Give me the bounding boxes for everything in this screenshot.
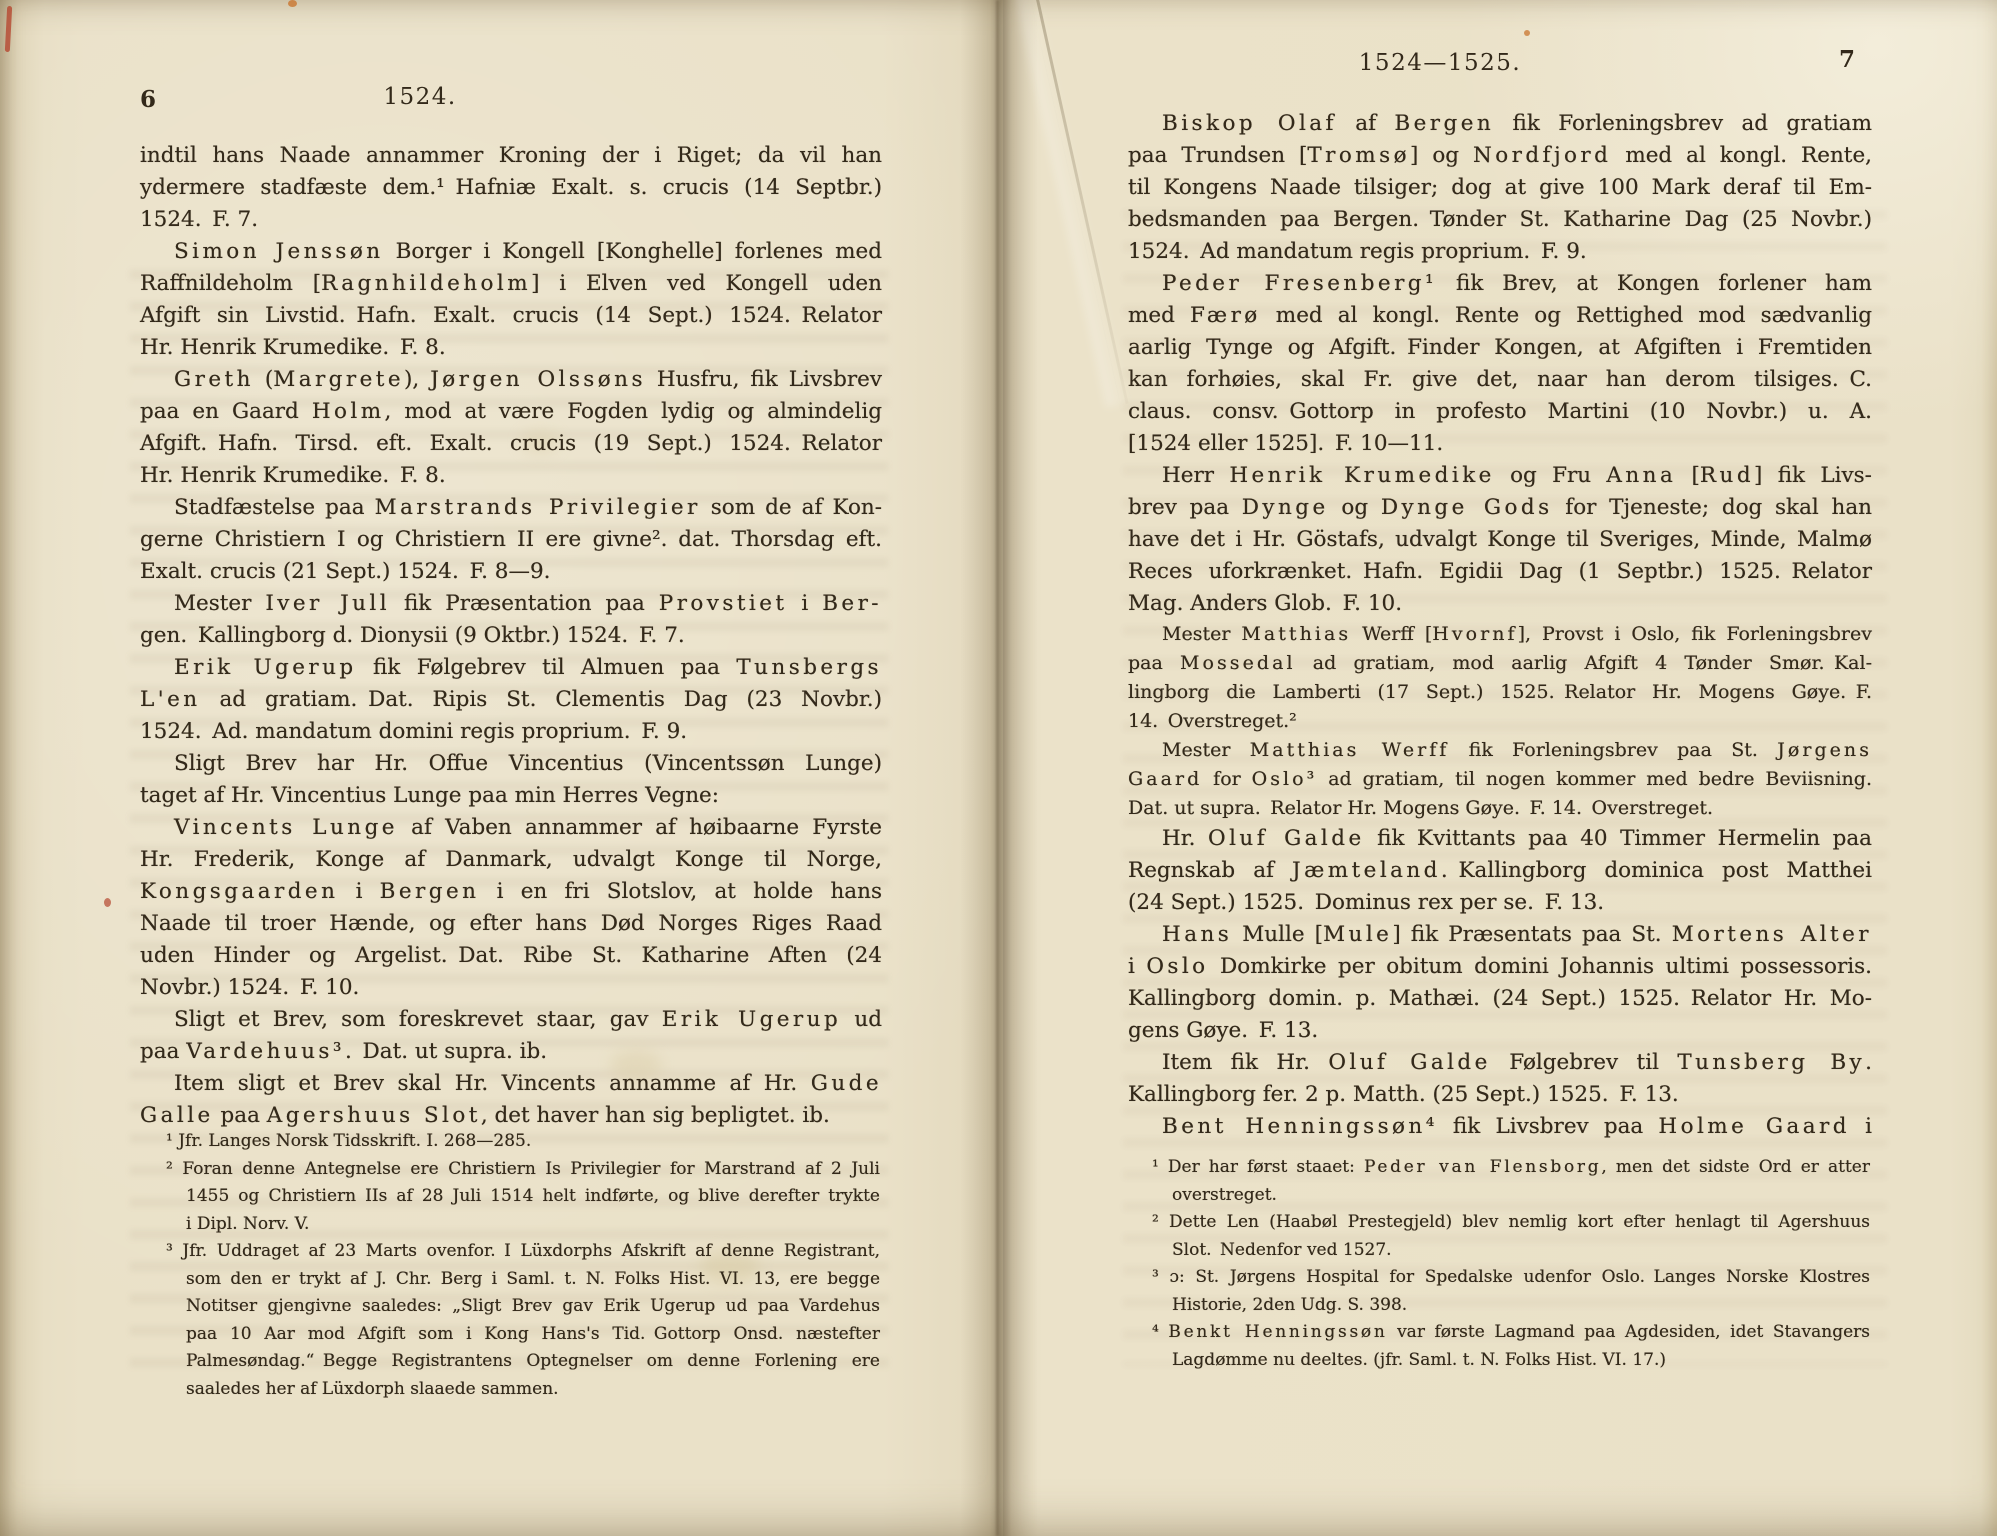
paragraph: Greth (Margrete), Jørgen Olssøns Husfru,… — [140, 364, 882, 492]
text-line: Vincents Lunge af Vaben annammer af høib… — [140, 812, 882, 844]
text-segment: af — [1337, 111, 1394, 136]
text-segment: Mule — [1323, 922, 1392, 947]
text-segment: paa — [214, 1103, 267, 1128]
text-segment: Peder Fresenberg¹ — [1162, 271, 1437, 296]
text-segment: Borger i Kongell [Konghelle] forlenes me… — [384, 239, 882, 264]
text-line: Regnskab af Jæmteland. Kallingborg domin… — [1128, 855, 1872, 887]
text-segment: Oslo — [1146, 954, 1208, 979]
text-segment: have det i Hr. Göstafs, udvalgt Konge ti… — [1128, 527, 1872, 552]
text-segment: Bent Henningssøn⁴ — [1162, 1114, 1438, 1139]
text-line: indtil hans Naade annammer Kroning der i… — [140, 140, 882, 172]
paragraph: Erik Ugerup fik Følgebrev til Almuen paa… — [140, 652, 882, 748]
text-segment: med al kongl. Rente og Rettighed mod sæd… — [1261, 303, 1872, 328]
text-segment: Notitser gjengivne saaledes: „Sligt Brev… — [186, 1296, 880, 1316]
text-segment: Gaard — [1128, 768, 1202, 790]
text-segment: Exalt. crucis (21 Sept.) 1524. F. 8—9. — [140, 559, 551, 584]
text-segment: fik Livsbrev paa — [1438, 1114, 1659, 1139]
text-segment: Hans — [1162, 922, 1232, 947]
text-segment: som den er trykt af J. Chr. Berg i Saml.… — [186, 1269, 880, 1289]
text-line: ² Foran denne Antegnelse ere Christiern … — [166, 1156, 880, 1184]
text-segment: Bergen — [380, 879, 480, 904]
text-segment: Stadfæstelse paa — [174, 495, 375, 520]
text-segment: bedsmanden paa Bergen. Tønder St. Kathar… — [1128, 207, 1872, 232]
text-line: Peder Fresenberg¹ fik Brev, at Kongen fo… — [1128, 268, 1872, 300]
footnote: ¹ Jfr. Langes Norsk Tidsskrift. I. 268—2… — [166, 1128, 880, 1156]
text-segment: 1455 og Christiern IIs af 28 Juli 1514 h… — [186, 1186, 880, 1206]
text-segment: 1524. F. 7. — [140, 207, 258, 232]
text-line: (24 Sept.) 1525. Dominus rex per se. F. … — [1128, 887, 1872, 919]
book-scan: 6 1524. indtil hans Naade annammer Kroni… — [0, 0, 1997, 1536]
text-segment: og — [1329, 495, 1381, 520]
text-segment: ¹ Der har først staaet: — [1152, 1157, 1364, 1177]
text-segment: ), — [404, 367, 430, 392]
text-segment: Dynge — [1242, 495, 1329, 520]
text-segment: [1524 eller 1525]. F. 10—11. — [1128, 431, 1443, 456]
text-segment: gens Gøye. F. 13. — [1128, 1018, 1318, 1043]
paragraph: Hans Mulle [Mule] fik Præsentats paa St.… — [1128, 919, 1872, 1047]
text-line: Novbr.) 1524. F. 10. — [140, 972, 882, 1004]
text-segment: ], Provst i Oslo, fik Forleningsbrev — [1518, 623, 1872, 645]
text-line: Notitser gjengivne saaledes: „Sligt Brev… — [166, 1293, 880, 1321]
text-segment: Oluf Galde — [1208, 826, 1365, 851]
text-line: 1524. Ad. mandatum domini regis proprium… — [140, 716, 882, 748]
text-segment: for Tjeneste; dog skal han — [1553, 495, 1872, 520]
text-segment: . Kallingborg dominica post Matthei — [1441, 858, 1872, 883]
text-segment: Vardehuus³ — [186, 1039, 345, 1064]
text-segment: Benkt Henningssøn — [1168, 1322, 1387, 1342]
text-segment: ⁴ — [1152, 1322, 1168, 1342]
text-segment: Mester — [1162, 623, 1241, 645]
text-segment: aarlig Tynge og Afgift. Finder Kongen, a… — [1128, 335, 1872, 360]
text-segment: Lagdømme nu deeltes. (jfr. Saml. t. N. F… — [1172, 1350, 1666, 1370]
text-line: i Oslo Domkirke per obitum domini Johann… — [1128, 951, 1872, 983]
text-line: Mag. Anders Glob. F. 10. — [1128, 588, 1872, 620]
text-segment: Oluf Galde — [1328, 1050, 1490, 1075]
text-segment: paa Trundsen [ — [1128, 143, 1307, 168]
text-segment: Greth — [174, 367, 254, 392]
text-line: uden Hinder og Argelist. Dat. Ribe St. K… — [140, 940, 882, 972]
text-segment: Sligt Brev har Hr. Offue Vincentius (Vin… — [174, 751, 882, 776]
text-segment: Rud — [1700, 463, 1754, 488]
text-line: Exalt. crucis (21 Sept.) 1524. F. 8—9. — [140, 556, 882, 588]
text-segment: Hr. Henrik Krumedike. F. 8. — [140, 463, 446, 488]
text-line: paa 10 Aar mod Afgift som i Kong Hans's … — [166, 1321, 880, 1349]
text-column-right: Biskop Olaf af Bergen fik Forleningsbrev… — [1128, 108, 1872, 1143]
text-segment: Werff [ — [1351, 623, 1432, 645]
text-line: Erik Ugerup fik Følgebrev til Almuen paa… — [140, 652, 882, 684]
text-segment: 1524. Ad. mandatum domini regis proprium… — [140, 719, 687, 744]
text-line: Kallingborg fer. 2 p. Matth. (25 Sept.) … — [1128, 1079, 1872, 1111]
text-segment: i — [1850, 1114, 1872, 1139]
text-line: Naade til troer Hænde, og efter hans Død… — [140, 908, 882, 940]
right-page: 7 1524—1525. Biskop Olaf af Bergen fik F… — [1003, 0, 1997, 1536]
text-segment: Item sligt et Brev skal Hr. Vincents ann… — [174, 1071, 811, 1096]
paragraph: Vincents Lunge af Vaben annammer af høib… — [140, 812, 882, 1004]
text-segment: Afgift. Hafn. Tirsd. eft. Exalt. crucis … — [140, 431, 882, 456]
text-line: Hans Mulle [Mule] fik Præsentats paa St.… — [1128, 919, 1872, 951]
text-segment: taget af Hr. Vincentius Lunge paa min He… — [140, 783, 719, 808]
text-segment: Historie, 2den Udg. S. 398. — [1172, 1295, 1407, 1315]
text-segment: i en fri Slotslov, at holde hans — [479, 879, 882, 904]
text-segment: i — [1128, 954, 1146, 979]
text-line: overstreget. — [1152, 1182, 1870, 1210]
text-segment: . Dat. ut supra. ib. — [345, 1039, 547, 1064]
text-segment: Raffnildeholm [ — [140, 271, 321, 296]
text-line: Kallingborg domin. p. Mathæi. (24 Sept.)… — [1128, 983, 1872, 1015]
text-segment: ³ Jfr. Uddraget af 23 Marts ovenfor. I L… — [166, 1241, 880, 1261]
text-segment: Slot. Nedenfor ved 1527. — [1172, 1240, 1392, 1260]
text-segment: og Fru — [1495, 463, 1607, 488]
page-number-left: 6 — [140, 86, 157, 113]
paragraph: Item fik Hr. Oluf Galde Følgebrev til Tu… — [1128, 1047, 1872, 1111]
text-segment: Peder van Flensborg — [1364, 1157, 1601, 1177]
footnote: ² Dette Len (Haabøl Prestegjeld) blev ne… — [1152, 1209, 1870, 1264]
text-line: Gaard for Oslo³ ad gratiam, til nogen ko… — [1128, 765, 1872, 794]
text-line: ³ ɔ: St. Jørgens Hospital for Spedalske … — [1152, 1264, 1870, 1292]
text-segment: Mortens Alter — [1672, 922, 1872, 947]
text-line: paa Trundsen [Tromsø] og Nordfjord med a… — [1128, 140, 1872, 172]
text-segment: [ — [1676, 463, 1700, 488]
text-segment: i — [788, 591, 823, 616]
footnote: ³ Jfr. Uddraget af 23 Marts ovenfor. I L… — [166, 1238, 880, 1403]
text-segment: gen. Kallingborg d. Dionysii (9 Oktbr.) … — [140, 623, 685, 648]
text-line: paa Mossedal ad gratiam, mod aarlig Afgi… — [1128, 649, 1872, 678]
text-segment: Tunsbergs — [736, 655, 882, 680]
text-line: Dat. ut supra. Relator Hr. Mogens Gøye. … — [1128, 794, 1872, 823]
text-segment: Erik Ugerup — [174, 655, 357, 680]
text-segment: Jørgen Olssøns — [430, 367, 646, 392]
text-segment: Følgebrev til — [1491, 1050, 1678, 1075]
text-segment: Jæmteland — [1292, 858, 1441, 883]
paragraph: Hr. Oluf Galde fik Kvittants paa 40 Timm… — [1128, 823, 1872, 919]
paragraph: Stadfæstelse paa Marstrands Privilegier … — [140, 492, 882, 588]
text-segment: med al kongl. Rente, — [1611, 143, 1872, 168]
text-line: 14. Overstreget.² — [1128, 707, 1872, 736]
text-segment: Dat. ut supra. Relator Hr. Mogens Gøye. … — [1128, 797, 1713, 819]
text-line: ² Dette Len (Haabøl Prestegjeld) blev ne… — [1152, 1209, 1870, 1237]
text-segment: , mod at være Fogden lydig og almindelig — [385, 399, 882, 424]
text-segment: Holm — [312, 399, 385, 424]
text-segment: ¹ Jfr. Langes Norsk Tidsskrift. I. 268—2… — [166, 1131, 531, 1151]
text-segment: Vincents Lunge — [174, 815, 398, 840]
text-line: Mester Matthias Werff [Hvornf], Provst i… — [1128, 620, 1872, 649]
text-segment: lingborg die Lamberti (17 Sept.) 1525. R… — [1128, 681, 1872, 703]
text-segment: Afgift sin Livstid. Hafn. Exalt. crucis … — [140, 303, 882, 328]
text-line: Raffnildeholm [Ragnhildeholm] i Elven ve… — [140, 268, 882, 300]
text-segment: paa 10 Aar mod Afgift som i Kong Hans's … — [186, 1324, 880, 1344]
text-line: paa en Gaard Holm, mod at være Fogden ly… — [140, 396, 882, 428]
text-segment: ( — [254, 367, 273, 392]
text-segment: Iver Jull — [265, 591, 390, 616]
text-segment: ] i Elven ved Kongell uden — [531, 271, 882, 296]
text-line: paa Vardehuus³. Dat. ut supra. ib. — [140, 1036, 882, 1068]
text-line: Item sligt et Brev skal Hr. Vincents ann… — [140, 1068, 882, 1100]
text-segment: ud — [841, 1007, 882, 1032]
text-segment: (24 Sept.) 1525. Dominus rex per se. F. … — [1128, 890, 1604, 915]
text-segment: med — [1128, 303, 1190, 328]
running-head-right: 1524—1525. — [1330, 50, 1550, 76]
text-segment: Sligt et Brev, som foreskrevet staar, ga… — [174, 1007, 662, 1032]
text-line: Sligt Brev har Hr. Offue Vincentius (Vin… — [140, 748, 882, 780]
paragraph: Item sligt et Brev skal Hr. Vincents ann… — [140, 1068, 882, 1132]
text-segment: saaledes her af Lüxdorph slaaede sammen. — [186, 1379, 559, 1399]
text-segment: Galle — [140, 1103, 214, 1128]
text-segment: Domkirke per obitum domini Johannis ulti… — [1209, 954, 1872, 979]
text-segment: Kallingborg fer. 2 p. Matth. (25 Sept.) … — [1128, 1082, 1679, 1107]
paragraph: Mester Matthias Werff fik Forleningsbrev… — [1128, 736, 1872, 823]
text-line: Historie, 2den Udg. S. 398. — [1152, 1292, 1870, 1320]
text-segment: . — [1865, 1050, 1872, 1075]
text-segment: Margrete — [273, 367, 404, 392]
text-segment: ² Dette Len (Haabøl Prestegjeld) blev ne… — [1152, 1212, 1870, 1232]
page-number-right: 7 — [1839, 46, 1856, 73]
text-segment: Dynge Gods — [1381, 495, 1553, 520]
text-segment: Reces uforkrænket. Hafn. Egidii Dag (1 S… — [1128, 559, 1872, 584]
text-line: Hr. Henrik Krumedike. F. 8. — [140, 460, 882, 492]
text-line: saaledes her af Lüxdorph slaaede sammen. — [166, 1376, 880, 1404]
text-segment: fik Forleningsbrev ad gratiam — [1494, 111, 1872, 136]
text-segment: kan forhøies, skal Fr. give det, naar ha… — [1128, 367, 1872, 392]
text-line: Hr. Henrik Krumedike. F. 8. — [140, 332, 882, 364]
text-segment: Jørgens — [1777, 739, 1872, 761]
text-segment: , men det sidste Ord er atter — [1601, 1157, 1870, 1177]
text-segment: overstreget. — [1172, 1185, 1277, 1205]
text-segment: Husfru, fik Livsbrev — [646, 367, 882, 392]
text-segment: var første Lagmand paa Agdesiden, idet S… — [1388, 1322, 1871, 1342]
text-segment: ] og — [1410, 143, 1473, 168]
text-line: Kongsgaarden i Bergen i en fri Slotslov,… — [140, 876, 882, 908]
text-segment: gerne Christiern I og Christiern II ere … — [140, 527, 882, 552]
footnote: ³ ɔ: St. Jørgens Hospital for Spedalske … — [1152, 1264, 1870, 1319]
text-line: bedsmanden paa Bergen. Tønder St. Kathar… — [1128, 204, 1872, 236]
text-line: ¹ Jfr. Langes Norsk Tidsskrift. I. 268—2… — [166, 1128, 880, 1156]
text-line: ⁴ Benkt Henningssøn var første Lagmand p… — [1152, 1319, 1870, 1347]
text-line: gerne Christiern I og Christiern II ere … — [140, 524, 882, 556]
text-segment: ad gratiam. Dat. Ripis St. Clementis Dag… — [201, 687, 882, 712]
text-segment: Agershuus Slot — [267, 1103, 481, 1128]
footnote: ² Foran denne Antegnelse ere Christiern … — [166, 1156, 880, 1239]
text-segment: Mulle [ — [1232, 922, 1323, 947]
text-segment: Anna — [1606, 463, 1676, 488]
footnotes-left: ¹ Jfr. Langes Norsk Tidsskrift. I. 268—2… — [166, 1128, 880, 1403]
paragraph: Bent Henningssøn⁴ fik Livsbrev paa Holme… — [1128, 1111, 1872, 1143]
text-segment: paa en Gaard — [140, 399, 312, 424]
text-line: ¹ Der har først staaet: Peder van Flensb… — [1152, 1154, 1870, 1182]
text-segment: Kongsgaarden — [140, 879, 338, 904]
text-segment: Holme Gaard — [1658, 1114, 1850, 1139]
text-segment: Tromsø — [1307, 143, 1410, 168]
text-segment: ² Foran denne Antegnelse ere Christiern … — [166, 1159, 880, 1179]
text-segment: L'en — [140, 687, 201, 712]
text-segment: ] fik Præsentats paa St. — [1392, 922, 1671, 947]
text-line: 1524. F. 7. — [140, 204, 882, 236]
text-segment: Mester — [1162, 739, 1250, 761]
text-line: ³ Jfr. Uddraget af 23 Marts ovenfor. I L… — [166, 1238, 880, 1266]
text-segment: 14. Overstreget.² — [1128, 710, 1297, 732]
text-segment: Gude — [811, 1071, 882, 1096]
text-line: kan forhøies, skal Fr. give det, naar ha… — [1128, 364, 1872, 396]
text-line: claus. consv. Gottorp in profesto Martin… — [1128, 396, 1872, 428]
text-segment: Hr. — [1162, 826, 1208, 851]
footnotes-right: ¹ Der har først staaet: Peder van Flensb… — [1152, 1154, 1870, 1374]
text-segment: 1524. Ad mandatum regis proprium. F. 9. — [1128, 239, 1587, 264]
text-line: i Dipl. Norv. V. — [166, 1211, 880, 1239]
text-line: Simon Jenssøn Borger i Kongell [Konghell… — [140, 236, 882, 268]
text-line: Slot. Nedenfor ved 1527. — [1152, 1237, 1870, 1265]
text-segment: til Kongens Naade tilsiger; dog at give … — [1128, 175, 1872, 200]
text-line: Greth (Margrete), Jørgen Olssøns Husfru,… — [140, 364, 882, 396]
text-segment: Item fik Hr. — [1162, 1050, 1328, 1075]
paragraph: Biskop Olaf af Bergen fik Forleningsbrev… — [1128, 108, 1872, 268]
text-line: gen. Kallingborg d. Dionysii (9 Oktbr.) … — [140, 620, 882, 652]
footnote: ⁴ Benkt Henningssøn var første Lagmand p… — [1152, 1319, 1870, 1374]
text-line: Reces uforkrænket. Hafn. Egidii Dag (1 S… — [1128, 556, 1872, 588]
running-head-left: 1524. — [310, 84, 530, 110]
text-segment: i — [338, 879, 379, 904]
text-segment: claus. consv. Gottorp in profesto Martin… — [1128, 399, 1872, 424]
text-line: med Færø med al kongl. Rente og Rettighe… — [1128, 300, 1872, 332]
text-segment: Hr. Henrik Krumedike. F. 8. — [140, 335, 446, 360]
text-line: have det i Hr. Göstafs, udvalgt Konge ti… — [1128, 524, 1872, 556]
text-line: taget af Hr. Vincentius Lunge paa min He… — [140, 780, 882, 812]
paragraph: indtil hans Naade annammer Kroning der i… — [140, 140, 882, 236]
text-line: til Kongens Naade tilsiger; dog at give … — [1128, 172, 1872, 204]
text-segment: Hr. Frederik, Konge af Danmark, udvalgt … — [140, 847, 882, 872]
text-segment: fik Forleningsbrev paa St. — [1449, 739, 1777, 761]
text-segment: Henrik Krumedike — [1229, 463, 1495, 488]
text-segment: Matthias — [1241, 623, 1351, 645]
text-line: L'en ad gratiam. Dat. Ripis St. Clementi… — [140, 684, 882, 716]
text-segment: for — [1202, 768, 1251, 790]
text-segment: Provstiet — [659, 591, 788, 616]
text-segment: ad gratiam, til nogen kommer med bedre B… — [1317, 768, 1872, 790]
text-segment: paa — [140, 1039, 186, 1064]
text-segment: Mag. Anders Glob. F. 10. — [1128, 591, 1402, 616]
text-line: aarlig Tynge og Afgift. Finder Kongen, a… — [1128, 332, 1872, 364]
left-page: 6 1524. indtil hans Naade annammer Kroni… — [0, 0, 1003, 1536]
paragraph: Mester Matthias Werff [Hvornf], Provst i… — [1128, 620, 1872, 736]
text-line: Stadfæstelse paa Marstrands Privilegier … — [140, 492, 882, 524]
text-segment: Palmesøndag.“ Begge Registrantens Optegn… — [186, 1351, 880, 1371]
text-line: lingborg die Lamberti (17 Sept.) 1525. R… — [1128, 678, 1872, 707]
orange-ink-speck — [288, 0, 297, 7]
text-segment: brev paa — [1128, 495, 1242, 520]
footnote: ¹ Der har først staaet: Peder van Flensb… — [1152, 1154, 1870, 1209]
text-line: Hr. Frederik, Konge af Danmark, udvalgt … — [140, 844, 882, 876]
text-segment: ] fik Livs- — [1754, 463, 1872, 488]
red-ink-speck — [104, 898, 111, 907]
paragraph: Peder Fresenberg¹ fik Brev, at Kongen fo… — [1128, 268, 1872, 460]
text-segment: i Dipl. Norv. V. — [186, 1214, 309, 1234]
text-line: Sligt et Brev, som foreskrevet staar, ga… — [140, 1004, 882, 1036]
paragraph: Mester Iver Jull fik Præsentation paa Pr… — [140, 588, 882, 652]
text-segment: ydermere stadfæste dem.¹ Hafniæ Exalt. s… — [140, 175, 882, 200]
text-segment: Regnskab af — [1128, 858, 1292, 883]
text-segment: Færø — [1190, 303, 1261, 328]
text-segment: Tunsberg By — [1677, 1050, 1865, 1075]
text-segment: Matthias Werff — [1250, 739, 1450, 761]
text-line: Afgift sin Livstid. Hafn. Exalt. crucis … — [140, 300, 882, 332]
text-line: Bent Henningssøn⁴ fik Livsbrev paa Holme… — [1128, 1111, 1872, 1143]
text-line: Mester Matthias Werff fik Forleningsbrev… — [1128, 736, 1872, 765]
text-segment: Herr — [1162, 463, 1229, 488]
paragraph: Sligt Brev har Hr. Offue Vincentius (Vin… — [140, 748, 882, 812]
text-segment: Nordfjord — [1473, 143, 1611, 168]
text-line: 1455 og Christiern IIs af 28 Juli 1514 h… — [166, 1183, 880, 1211]
text-line: som den er trykt af J. Chr. Berg i Saml.… — [166, 1266, 880, 1294]
text-segment: Novbr.) 1524. F. 10. — [140, 975, 359, 1000]
text-line: Biskop Olaf af Bergen fik Forleningsbrev… — [1128, 108, 1872, 140]
text-segment: Marstrands Privilegier — [375, 495, 701, 520]
text-column-left: indtil hans Naade annammer Kroning der i… — [140, 140, 882, 1132]
text-line: Palmesøndag.“ Begge Registrantens Optegn… — [166, 1348, 880, 1376]
orange-ink-speck — [1524, 30, 1530, 36]
text-segment: Mossedal — [1180, 652, 1296, 674]
text-segment: som de af Kon- — [701, 495, 882, 520]
text-line: [1524 eller 1525]. F. 10—11. — [1128, 428, 1872, 460]
text-line: Herr Henrik Krumedike og Fru Anna [Rud] … — [1128, 460, 1872, 492]
text-segment: Hvornf — [1432, 623, 1517, 645]
text-line: Lagdømme nu deeltes. (jfr. Saml. t. N. F… — [1152, 1347, 1870, 1375]
text-line: 1524. Ad mandatum regis proprium. F. 9. — [1128, 236, 1872, 268]
text-segment: uden Hinder og Argelist. Dat. Ribe St. K… — [140, 943, 882, 968]
text-line: Afgift. Hafn. Tirsd. eft. Exalt. crucis … — [140, 428, 882, 460]
text-segment: Bergen — [1394, 111, 1494, 136]
text-segment: Ber- — [822, 591, 882, 616]
text-line: brev paa Dynge og Dynge Gods for Tjenest… — [1128, 492, 1872, 524]
paragraph: Simon Jenssøn Borger i Kongell [Konghell… — [140, 236, 882, 364]
text-segment: Oslo³ — [1252, 768, 1318, 790]
text-line: Item fik Hr. Oluf Galde Følgebrev til Tu… — [1128, 1047, 1872, 1079]
text-line: Mester Iver Jull fik Præsentation paa Pr… — [140, 588, 882, 620]
text-segment: ad gratiam, mod aarlig Afgift 4 Tønder S… — [1296, 652, 1872, 674]
text-line: Hr. Oluf Galde fik Kvittants paa 40 Timm… — [1128, 823, 1872, 855]
text-segment: Naade til troer Hænde, og efter hans Død… — [140, 911, 882, 936]
text-segment: af Vaben annammer af høibaarne Fyrste — [398, 815, 882, 840]
text-segment: Biskop Olaf — [1162, 111, 1337, 136]
text-segment: fik Kvittants paa 40 Timmer Hermelin paa — [1365, 826, 1872, 851]
paragraph: Sligt et Brev, som foreskrevet staar, ga… — [140, 1004, 882, 1068]
text-segment: paa — [1128, 652, 1180, 674]
text-segment: Erik Ugerup — [662, 1007, 841, 1032]
text-segment: indtil hans Naade annammer Kroning der i… — [140, 143, 882, 168]
paragraph: Herr Henrik Krumedike og Fru Anna [Rud] … — [1128, 460, 1872, 620]
text-segment: , det haver han sig bepligtet. ib. — [481, 1103, 830, 1128]
text-segment: fik Brev, at Kongen forlener ham — [1437, 271, 1872, 296]
text-segment: fik Præsentation paa — [390, 591, 659, 616]
text-segment: Mester — [174, 591, 265, 616]
text-line: gens Gøye. F. 13. — [1128, 1015, 1872, 1047]
text-segment: Ragnhildeholm — [321, 271, 531, 296]
text-segment: fik Følgebrev til Almuen paa — [357, 655, 737, 680]
text-segment: Kallingborg domin. p. Mathæi. (24 Sept.)… — [1128, 986, 1872, 1011]
text-segment: Simon Jenssøn — [174, 239, 384, 264]
text-line: ydermere stadfæste dem.¹ Hafniæ Exalt. s… — [140, 172, 882, 204]
text-segment: ³ ɔ: St. Jørgens Hospital for Spedalske … — [1152, 1267, 1870, 1287]
